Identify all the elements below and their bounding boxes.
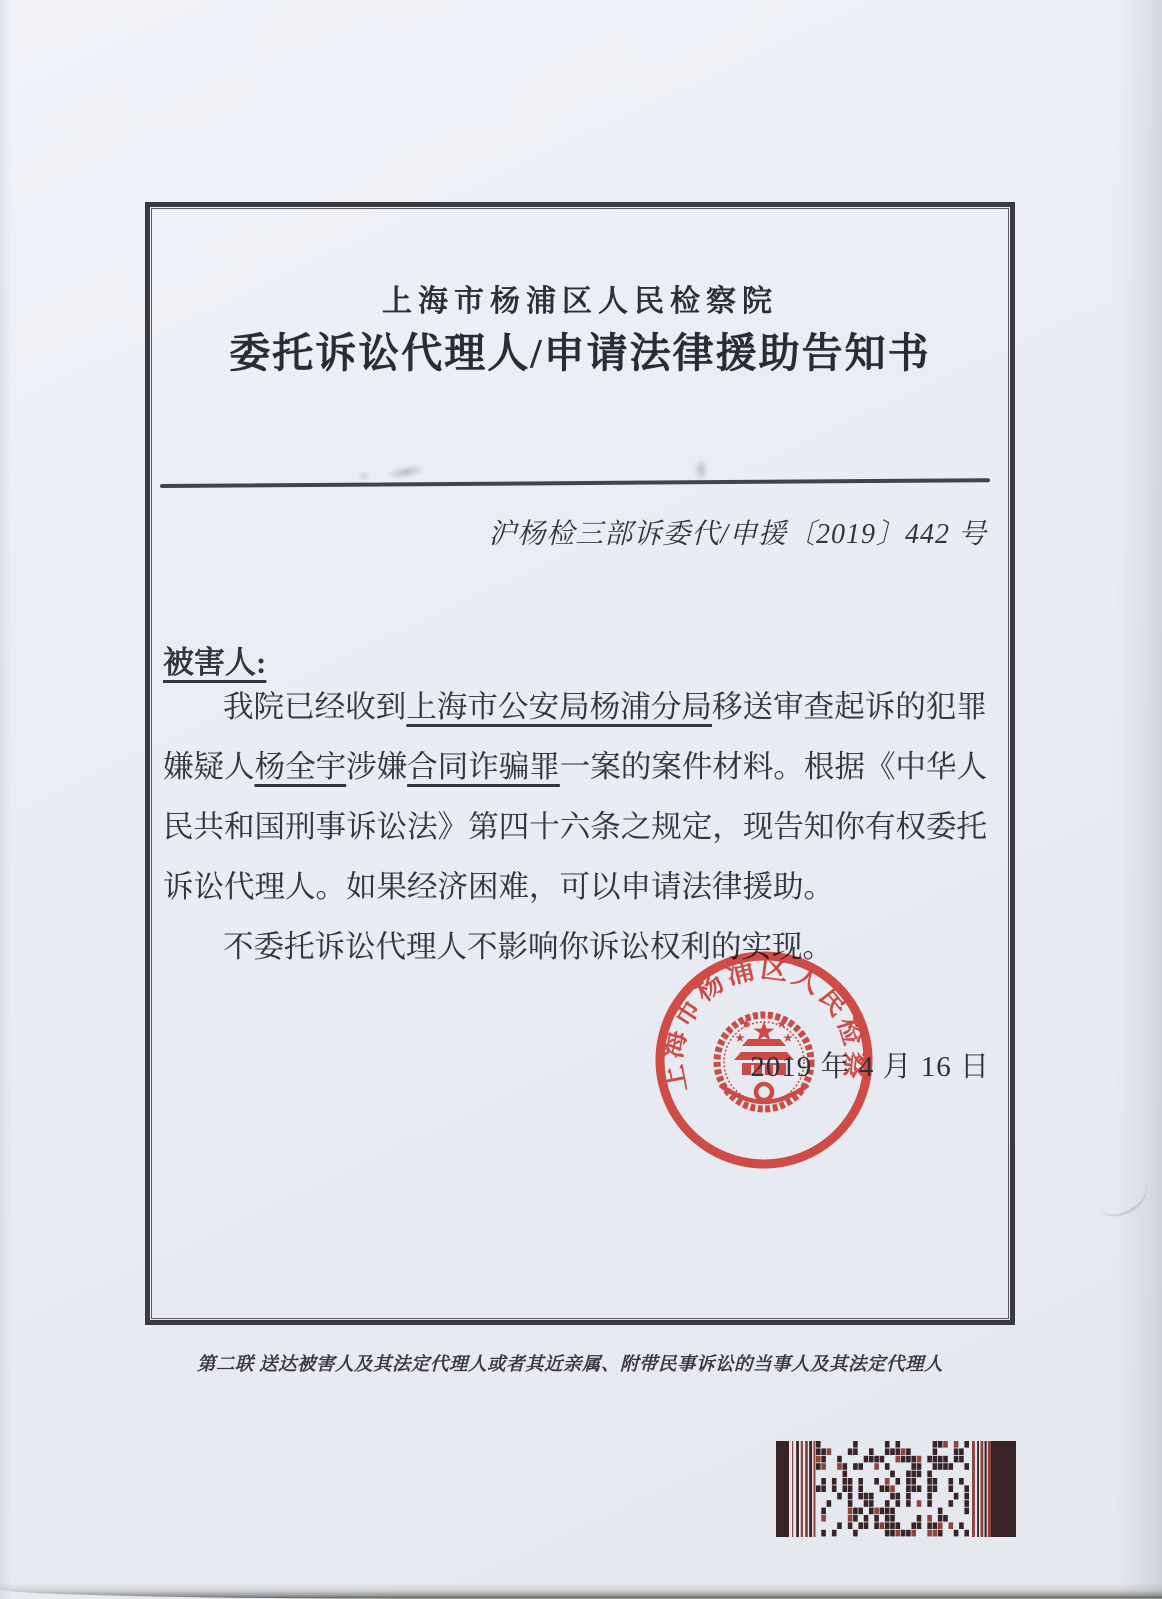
barcode-module (821, 1515, 826, 1522)
barcode-module (906, 1500, 911, 1507)
barcode-module (837, 1463, 842, 1470)
barcode-module (949, 1522, 954, 1529)
issue-date: 2019 年 4 月 16 日 (145, 1044, 990, 1085)
barcode-module (917, 1456, 922, 1463)
barcode-module (869, 1493, 874, 1500)
barcode-module (858, 1508, 863, 1515)
barcode-module (853, 1515, 858, 1522)
barcode-module (896, 1493, 901, 1500)
body-line: 嫌疑人杨全宇涉嫌合同诈骗罪一案的案件材料。根据《中华人 (163, 737, 987, 797)
barcode-module (827, 1500, 832, 1507)
barcode-module (901, 1456, 906, 1463)
barcode-module (858, 1522, 863, 1529)
barcode-module (964, 1530, 969, 1537)
barcode-module (917, 1485, 922, 1492)
barcode-module (927, 1493, 932, 1500)
barcode-module (896, 1500, 901, 1507)
barcode-module (848, 1493, 853, 1500)
barcode-module (938, 1515, 943, 1522)
body-line: 诉讼代理人。如果经济困难，可以申请法律援助。 (163, 857, 987, 917)
text-run: 嫌疑人 (163, 750, 255, 784)
barcode-module (896, 1530, 901, 1537)
barcode-module (927, 1530, 932, 1537)
barcode-module (885, 1530, 890, 1537)
barcode-module (943, 1456, 948, 1463)
barcode-module (906, 1478, 911, 1485)
barcode-module (890, 1485, 895, 1492)
barcode-module (938, 1508, 943, 1515)
barcode-module (880, 1522, 885, 1529)
barcode-module (805, 1441, 808, 1537)
barcode-module (938, 1463, 943, 1470)
barcode-module (964, 1493, 969, 1500)
barcode-module (801, 1441, 803, 1537)
barcode-module (864, 1456, 869, 1463)
barcode-module (848, 1448, 853, 1455)
barcode-module (885, 1441, 890, 1448)
barcode-module (917, 1522, 922, 1529)
barcode-module (972, 1441, 975, 1537)
barcode-module (890, 1515, 895, 1522)
barcode-module (869, 1448, 874, 1455)
barcode-module (832, 1478, 837, 1485)
barcode-module (917, 1515, 922, 1522)
barcode-module (949, 1478, 954, 1485)
org-title: 上海市杨浦区人民检察院 (145, 276, 1015, 320)
barcode-module (890, 1448, 895, 1455)
scanned-document-page: 上海市杨浦区人民检察院 委托诉讼代理人/申请法律援助告知书 沪杨检三部诉委代/申… (0, 0, 1162, 1599)
barcode-module (858, 1478, 863, 1485)
barcode-module (911, 1463, 916, 1470)
barcode-module (843, 1485, 848, 1492)
barcode-module (959, 1456, 964, 1463)
barcode-module (911, 1478, 916, 1485)
barcode-module (933, 1485, 938, 1492)
barcode-module (848, 1478, 853, 1485)
underlined-text: 合同诈骗罪 (407, 750, 560, 784)
barcode-module (885, 1463, 890, 1470)
barcode-module (874, 1508, 879, 1515)
barcode-module (964, 1485, 969, 1492)
scan-bottom-edge-shadow (0, 1583, 1162, 1599)
barcode-module (896, 1456, 901, 1463)
barcode-module (954, 1456, 959, 1463)
barcode-module (964, 1463, 969, 1470)
barcode-module (890, 1530, 895, 1537)
barcode-module (885, 1508, 890, 1515)
barcode-module (874, 1478, 879, 1485)
barcode-module (954, 1493, 959, 1500)
barcode (776, 1441, 1024, 1537)
barcode-module (869, 1500, 874, 1507)
barcode-module (864, 1500, 869, 1507)
barcode-module (943, 1441, 948, 1448)
barcode-module (890, 1493, 895, 1500)
barcode-module (890, 1522, 895, 1529)
barcode-module (927, 1500, 932, 1507)
barcode-module (890, 1471, 895, 1478)
barcode-module (901, 1448, 906, 1455)
barcode-module (821, 1485, 826, 1492)
barcode-module (943, 1515, 948, 1522)
barcode-module (938, 1522, 943, 1529)
barcode-module (858, 1463, 863, 1470)
barcode-module (933, 1448, 938, 1455)
barcode-module (869, 1508, 874, 1515)
barcode-module (816, 1441, 821, 1448)
barcode-module (927, 1478, 932, 1485)
barcode-module (821, 1448, 826, 1455)
barcode-module (985, 1441, 987, 1537)
text-run: 移送审查起诉的犯罪 (712, 690, 987, 724)
barcode-module (964, 1500, 969, 1507)
barcode-module (792, 1441, 793, 1537)
underlined-text: 上海市公安局杨浦分局 (406, 690, 712, 724)
barcode-module (880, 1508, 885, 1515)
barcode-module (809, 1441, 812, 1537)
barcode-module (938, 1530, 943, 1537)
barcode-module (853, 1448, 858, 1455)
body-text: 我院已经收到上海市公安局杨浦分局移送审查起诉的犯罪嫌疑人杨全宇涉嫌合同诈骗罪一案… (163, 677, 987, 977)
barcode-module (821, 1508, 826, 1515)
barcode-module (959, 1522, 964, 1529)
barcode-module (943, 1463, 948, 1470)
barcode-module (906, 1456, 911, 1463)
barcode-module (906, 1530, 911, 1537)
barcode-module (896, 1522, 901, 1529)
barcode-module (933, 1478, 938, 1485)
barcode-module (864, 1515, 869, 1522)
barcode-module (869, 1456, 874, 1463)
barcode-module (954, 1441, 959, 1448)
barcode-module (832, 1530, 837, 1537)
barcode-module (864, 1522, 869, 1529)
barcode-module (853, 1441, 858, 1448)
barcode-module (837, 1493, 842, 1500)
barcode-module (885, 1500, 890, 1507)
barcode-module (964, 1441, 969, 1448)
barcode-module (954, 1448, 959, 1455)
barcode-module (848, 1485, 853, 1492)
barcode-module (816, 1485, 821, 1492)
barcode-module (885, 1485, 890, 1492)
text-run: 诉讼代理人。如果经济困难，可以申请法律援助。 (163, 870, 834, 904)
barcode-module (959, 1448, 964, 1455)
barcode-module (853, 1508, 858, 1515)
barcode-module (896, 1478, 901, 1485)
barcode-module (901, 1530, 906, 1537)
barcode-module (991, 1441, 1016, 1537)
barcode-module (874, 1515, 879, 1522)
barcode-module (949, 1500, 954, 1507)
barcode-module (858, 1493, 863, 1500)
barcode-module (949, 1485, 954, 1492)
barcode-module (816, 1448, 821, 1455)
barcode-module (885, 1478, 890, 1485)
barcode-module (911, 1485, 916, 1492)
barcode-module (821, 1478, 826, 1485)
text-run: 民共和国刑事诉讼法》第四十六条之规定，现告知你有权委托 (163, 810, 987, 844)
underlined-text: 杨全宇 (255, 750, 347, 784)
barcode-module (816, 1463, 821, 1470)
barcode-module (933, 1441, 938, 1448)
barcode-module (848, 1508, 853, 1515)
barcode-module (843, 1463, 848, 1470)
barcode-module (906, 1471, 911, 1478)
barcode-module (880, 1456, 885, 1463)
barcode-module (843, 1478, 848, 1485)
barcode-module (821, 1530, 826, 1537)
barcode-module (848, 1522, 853, 1529)
barcode-module (896, 1448, 901, 1455)
barcode-module (917, 1500, 922, 1507)
victim-label: 被害人: (163, 637, 266, 682)
body-line: 民共和国刑事诉讼法》第四十六条之规定，现告知你有权委托 (163, 797, 987, 857)
barcode-module (848, 1500, 853, 1507)
barcode-module (949, 1463, 954, 1470)
barcode-module (885, 1448, 890, 1455)
barcode-module (933, 1463, 938, 1470)
text-run: 我院已经收到 (223, 690, 406, 724)
barcode-module (911, 1530, 916, 1537)
barcode-module (927, 1456, 932, 1463)
barcode-module (911, 1522, 916, 1529)
barcode-module (927, 1471, 932, 1478)
barcode-module (927, 1515, 932, 1522)
barcode-module (821, 1456, 826, 1463)
barcode-module (911, 1456, 916, 1463)
barcode-module (927, 1522, 932, 1529)
barcode-module (896, 1441, 901, 1448)
document-title: 委托诉讼代理人/申请法律援助告知书 (145, 320, 1015, 379)
barcode-module (964, 1508, 969, 1515)
barcode-module (821, 1463, 826, 1470)
barcode-module (938, 1441, 943, 1448)
barcode-module (832, 1485, 837, 1492)
barcode-module (980, 1441, 983, 1537)
barcode-module (988, 1441, 991, 1537)
barcode-module (796, 1441, 799, 1537)
barcode-module (880, 1485, 885, 1492)
barcode-module (885, 1515, 890, 1522)
barcode-module (853, 1530, 858, 1537)
scan-right-shade (1116, 0, 1162, 1599)
barcode-module (906, 1493, 911, 1500)
barcode-module (911, 1471, 916, 1478)
barcode-module (864, 1493, 869, 1500)
body-line: 我院已经收到上海市公安局杨浦分局移送审查起诉的犯罪 (163, 677, 987, 737)
barcode-module (776, 1441, 789, 1537)
barcode-module (954, 1530, 959, 1537)
barcode-module (885, 1522, 890, 1529)
barcode-module (917, 1471, 922, 1478)
barcode-module (853, 1463, 858, 1470)
barcode-module (933, 1456, 938, 1463)
barcode-module (906, 1485, 911, 1492)
barcode-module (933, 1530, 938, 1537)
barcode-module (927, 1485, 932, 1492)
barcode-module (827, 1448, 832, 1455)
document-number: 沪杨检三部诉委代/申援〔2019〕442 号 (145, 512, 987, 552)
footer-copy-note: 第二联 送达被害人及其法定代理人或者其近亲属、附带民事诉讼的当事人及其法定代理人 (0, 1350, 1140, 1376)
barcode-module (813, 1441, 815, 1537)
barcode-module (933, 1522, 938, 1529)
barcode-module (874, 1463, 879, 1470)
barcode-module (837, 1522, 842, 1529)
barcode-module (874, 1456, 879, 1463)
barcode-module (890, 1508, 895, 1515)
barcode-module (858, 1485, 863, 1492)
barcode-module (906, 1448, 911, 1455)
barcode-module (977, 1441, 979, 1537)
barcode-module (816, 1456, 821, 1463)
barcode-module (917, 1463, 922, 1470)
barcode-module (874, 1522, 879, 1529)
text-run: 涉嫌 (346, 750, 407, 784)
barcode-module (848, 1515, 853, 1522)
barcode-module (837, 1456, 842, 1463)
barcode-module (843, 1471, 848, 1478)
barcode-module (938, 1456, 943, 1463)
text-run: 一案的案件材料。根据《中华人 (560, 750, 987, 784)
barcode-module (959, 1478, 964, 1485)
